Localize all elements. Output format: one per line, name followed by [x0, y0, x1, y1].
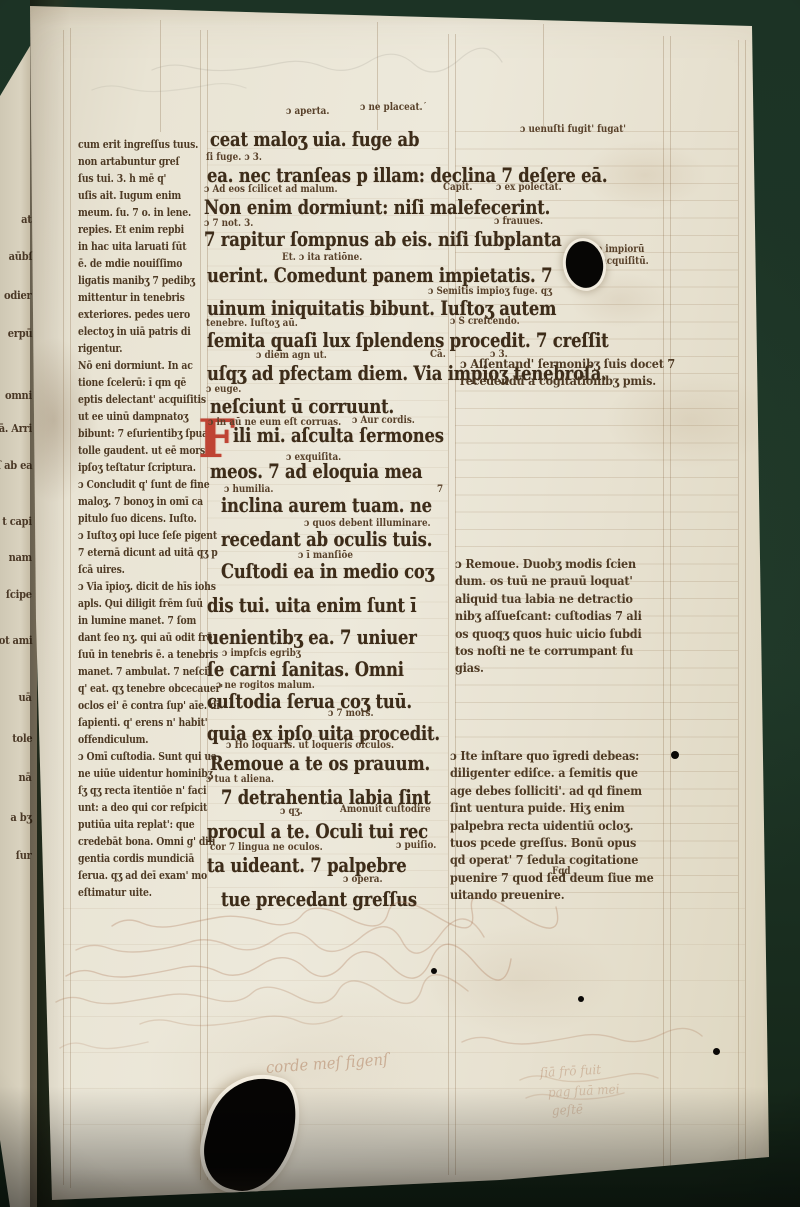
left-gloss-line: uſis ait. Iugum enim [78, 187, 207, 204]
interlinear-gloss: Capit. [443, 182, 472, 193]
left-gloss-line: 7 eternā dicunt ad uitā qʒ p [78, 544, 207, 561]
interlinear-gloss: ɔ Semitis impioʒ fuge. qʒ [428, 286, 552, 297]
folio-number: 8 [761, 36, 773, 56]
right-gloss-block: ɔ Remoue. Duobʒ modis ſciendum. os tuū n… [455, 556, 676, 678]
right-gloss-line: recedendū a cogitationibʒ pmis. [460, 373, 681, 390]
left-gloss-line: manet. 7 ambulat. 7 neſcit [78, 663, 207, 680]
main-text-line: inclina aurem tuam. ne [221, 494, 432, 517]
interlinear-gloss: ɔ 7 not. 3. [204, 218, 253, 229]
spine-text-fragment: a bʒ [11, 811, 32, 824]
right-gloss-line: aliquid tua labia ne detractio [455, 591, 676, 608]
left-gloss-line: pitulo ſuo dicens. Iuſto. [78, 510, 207, 527]
faded-inscription: pag ſuā mei [548, 1082, 620, 1101]
spine-text-fragment: erpū [7, 327, 32, 340]
right-gloss-line: os quoqʒ quos huic uicio ſubdi [455, 626, 676, 643]
interlinear-gloss: ɔ 7 mors. [328, 708, 374, 719]
manuscript-photo: { "folio": { "number": "8" }, "initial":… [0, 0, 800, 1207]
left-gloss-line: ſerua. qʒ ad deī exam' mo [78, 867, 207, 884]
right-gloss-block: ɔ Aſſentand' ſermonibʒ ſuis docet 7reced… [460, 356, 681, 391]
left-gloss-line: exteriores. pedes uero [78, 306, 207, 323]
interlinear-gloss: ɔ humilia. [224, 484, 273, 495]
interlinear-gloss: ɔ quos debent illuminare. [304, 518, 431, 529]
left-gloss-line: dant ſeo nʒ. qui aū odit frē [78, 629, 207, 646]
interlinear-gloss: ɔ S creſcendo. [450, 316, 520, 327]
left-gloss-line: repies. Et enim repbi [78, 221, 207, 238]
right-gloss-line: tuos pcede greſſus. Bonū opus [450, 835, 671, 852]
main-text-line: ceat maloʒ uia. fuge ab [210, 128, 419, 151]
right-gloss-line: ɔ Aſſentand' ſermonibʒ ſuis docet 7 [460, 356, 681, 373]
left-gloss-line: mittentur in tenebris [78, 289, 207, 306]
interlinear-gloss: ɔ Ho loquaris. ut loqueris oſculos. [226, 740, 394, 751]
interlinear-gloss: ɔ Aur cordis. [352, 415, 415, 426]
interlinear-gloss: ɔ euge. [206, 384, 241, 395]
left-gloss-line: gentia cordis mundiciā [78, 850, 207, 867]
left-gloss-line: ɔ Iuſtoʒ opi luce ſeſe pigent [78, 527, 207, 544]
right-gloss-line: ɔ Remoue. Duobʒ modis ſcien [455, 556, 676, 573]
left-gloss-line: ligatis manibʒ 7 pedibʒ [78, 272, 207, 289]
left-gloss-line: rigentur. [78, 340, 207, 357]
right-gloss-line: tos noſti ne te corrumpant fu [455, 643, 676, 660]
spine-text-fragment: aūbſ [8, 250, 32, 263]
main-text-line: cuſtodia ſerua coʒ tuū. [207, 690, 412, 713]
main-text-line: uenientibʒ ea. 7 uniuer [207, 626, 417, 649]
interlinear-gloss: ɔ in aū ne eum eſt corruas. [208, 417, 341, 428]
main-text-line: meos. 7 ad eloquia mea [210, 460, 422, 483]
interlinear-gloss: ɔ ex polectāt. [496, 182, 562, 193]
spine-text-fragment: at [22, 213, 32, 226]
spine-text-fragment: ā. Arri [0, 422, 32, 435]
left-gloss-line: ɔ Concludit q' ſunt de fine [78, 476, 207, 493]
left-gloss-line: ſus tui. 3. h mē q' [78, 170, 207, 187]
left-gloss-line: credebāt bona. Omni g' dili [78, 833, 207, 850]
interlinear-gloss: ɔ Ad eos ſcilicet ad malum. [204, 184, 338, 195]
right-gloss-line: age debes ſolliciti'. ad qd finem [450, 783, 671, 800]
main-text-line: Cuſtodi ea in medio coʒ [221, 560, 434, 583]
left-gloss-line: meum. ſu. 7 o. in lene. [78, 204, 207, 221]
right-gloss-line: gias. [455, 660, 676, 677]
main-text-line: tue precedant greſſus [221, 888, 417, 911]
left-gloss-line: ipſoʒ teſtatur ſcriptura. [78, 459, 207, 476]
interlinear-gloss: ɔ ne rogitos malum. [216, 680, 315, 691]
interlinear-gloss: Cā. [430, 349, 446, 360]
left-gloss-line: ne uiūe uidentur hominibʒ [78, 765, 207, 782]
interlinear-gloss: ɔ opera. [343, 874, 383, 885]
interlinear-gloss: 7 [437, 484, 443, 495]
right-gloss-line: ɔ Ite inſtare quo īgredi debeas: [450, 748, 671, 765]
interlinear-gloss: Amonuit cuſtodire [340, 804, 431, 815]
left-gloss-line: unt: a deo qui cor reſpicit [78, 799, 207, 816]
ink-dot [713, 1048, 720, 1055]
interlinear-gloss: ɔ impfcis egribʒ [222, 648, 301, 659]
left-gloss-line: bibunt: 7 eſurientibʒ ſpua [78, 425, 207, 442]
interlinear-gloss: ɔ uenuſti fugit' fugat' [520, 124, 626, 135]
interlinear-gloss: p impiorū [596, 244, 644, 255]
faded-inscription: geſtē [552, 1102, 584, 1119]
left-gloss-line: tolle gaudent. ut eē mors [78, 442, 207, 459]
left-gloss-line: q' eat. qʒ tenebre obcecauer' [78, 680, 207, 697]
right-gloss-line: uitando preuenire. [450, 887, 671, 904]
right-gloss-line: qd operat' 7 ſedula cogitatione [450, 852, 671, 869]
spine-text-fragment: t capi [2, 515, 32, 528]
interlinear-gloss: ɔ puiſio. [396, 840, 436, 851]
left-gloss-line: ſcā uires. [78, 561, 207, 578]
parchment-page: cum erit ingreſſus tuus.non artabuntur g… [0, 0, 800, 1207]
left-gloss-line: ſuū in tenebris ē. a tenebris [78, 646, 207, 663]
ink-dot [431, 968, 437, 974]
left-gloss-line: ɔ Omī cuſtodia. Sunt qui ua [78, 748, 207, 765]
spine-text-fragment: odier [5, 289, 32, 302]
left-gloss-line: ſapienti. q' erens n' habit' [78, 714, 207, 731]
left-gloss-column: cum erit ingreſſus tuus.non artabuntur g… [78, 136, 207, 901]
spine-text-fragment: omni [5, 389, 32, 402]
spine-text-fragment: tole [12, 732, 32, 745]
spine-text-fragment: uā [19, 691, 32, 704]
left-gloss-line: oclos ei' ē contra ſup' aīe. dī [78, 697, 207, 714]
left-gloss-line: offendiculum. [78, 731, 207, 748]
main-text-line: dis tui. uita enim ſunt ī [207, 594, 416, 617]
interlinear-gloss: ɔ exquiſita. [286, 452, 341, 463]
interlinear-gloss: ɔ diem agn ut. [256, 350, 327, 361]
spine-text-fragment: nam [9, 551, 32, 564]
left-gloss-line: in hac uita laruati ſūt [78, 238, 207, 255]
right-gloss-line: nibʒ aſſueſcant: cuſtodias 7 ali [455, 608, 676, 625]
interlinear-gloss: Et. ɔ ita ratiōne. [282, 252, 362, 263]
left-gloss-line: ut ee uinū dampnatoʒ [78, 408, 207, 425]
spine-text-fragment: ſcipe [6, 588, 32, 601]
interlinear-gloss: ɔ ī manſiōe [298, 550, 353, 561]
interlinear-gloss: ɔ qʒ. [280, 806, 303, 817]
main-text-line: ſemita quaſi lux ſplendens procedit. 7 c… [207, 329, 609, 352]
ink-dot [578, 996, 584, 1002]
main-text-line: Remoue a te os prauum. [210, 752, 430, 775]
left-gloss-line: non artabuntur greſ [78, 153, 207, 170]
left-gloss-line: apls. Qui diligit frēm ſuū [78, 595, 207, 612]
right-gloss-line: puenire 7 quod ſed deum ſiue me [450, 870, 671, 887]
left-gloss-line: in lumine manet. 7 ſom [78, 612, 207, 629]
left-gloss-line: ē. de mdie nouiſſimo [78, 255, 207, 272]
left-gloss-line: Nō eni dormiunt. In ac [78, 357, 207, 374]
interlinear-gloss: acquiſitū. [601, 256, 649, 267]
right-gloss-line: diligenter ediſce. a ſemitis que [450, 765, 671, 782]
interlinear-gloss: cor 7 lingua ne oculos. [210, 842, 323, 853]
interlinear-gloss: ɔ aperta. [286, 106, 329, 117]
spine-text-fragment: nā [19, 771, 32, 784]
left-gloss-line: eptis delectant' acquiſitis [78, 391, 207, 408]
main-text-line: uerint. Comedunt panem impietatis. 7 [207, 264, 552, 287]
left-gloss-line: eſtimatur uite. [78, 884, 207, 901]
faded-inscription: corde meſ figenſ [265, 1049, 389, 1077]
ink-dot [671, 751, 679, 759]
spine-text-fragment: ſur [16, 849, 32, 862]
right-gloss-line: palpebra recta uidentiū ocloʒ. [450, 818, 671, 835]
interlinear-gloss: tenebre. Iuſtoʒ aū. [206, 318, 298, 329]
left-gloss-line: maloʒ. 7 bonoʒ in omī ca [78, 493, 207, 510]
main-text-line: ſe carni ſanitas. Omni [207, 658, 404, 681]
interlinear-gloss: ɔ frauues. [494, 216, 543, 227]
interlinear-gloss: ɔ ne placeat.´ [360, 102, 427, 113]
faded-inscription: ſiā frō fuit [540, 1063, 602, 1081]
left-gloss-line: ɔ Via īpioʒ. dicit de hīs iohs [78, 578, 207, 595]
right-gloss-line: ſint uentura puide. Hiʒ enim [450, 800, 671, 817]
main-text-line: recedant ab oculis tuis. [221, 528, 432, 551]
left-gloss-line: tione ſcelerū: ī qm qē [78, 374, 207, 391]
main-text-line: procul a te. Oculi tui rec [207, 820, 428, 843]
interlinear-gloss: ɔ tua t aliena. [206, 774, 274, 785]
right-gloss-line: dum. os tuū ne prauū loquat' [455, 573, 676, 590]
left-gloss-line: ſʒ qʒ recta ītentiōe n' faci [78, 782, 207, 799]
text-layer: cum erit ingreſſus tuus.non artabuntur g… [0, 0, 800, 1207]
left-gloss-line: cum erit ingreſſus tuus. [78, 136, 207, 153]
spine-text-fragment: ot ami [0, 634, 32, 647]
spine-text-fragment: ſ ab ea [0, 459, 32, 472]
main-text-line: 7 rapitur ſompnus ab eis. niſi ſubplanta [204, 228, 562, 251]
interlinear-gloss: ſi fuge. ɔ 3. [206, 152, 262, 163]
previous-page-edge: ataūbſodiererpūomniā. Arriſ ab eat capin… [0, 0, 37, 1207]
right-gloss-block: ɔ Ite inſtare quo īgredi debeas:diligent… [450, 748, 671, 905]
left-gloss-line: putiūa uita replat': que [78, 816, 207, 833]
left-gloss-line: electoʒ in uiā patris di [78, 323, 207, 340]
